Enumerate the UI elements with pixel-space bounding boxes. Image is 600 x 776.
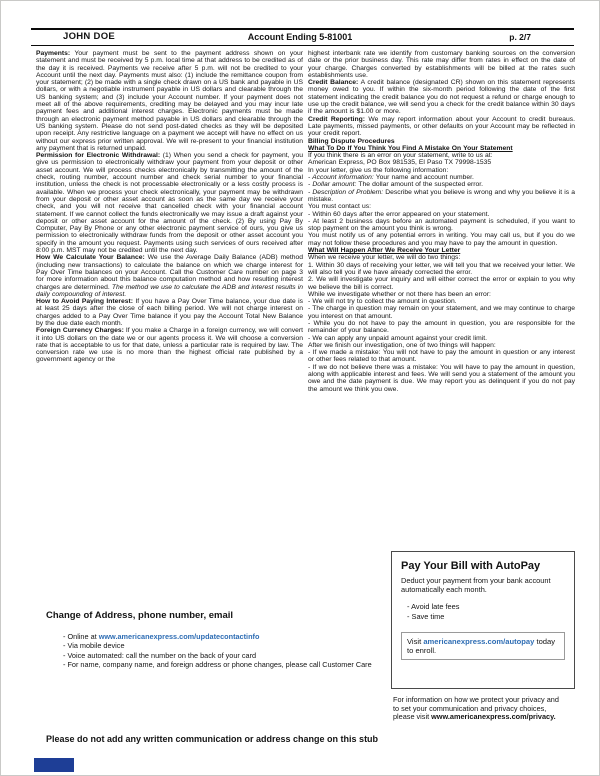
terms-paragraph: - We can apply any unpaid amount against… xyxy=(308,335,575,342)
paragraph-italic-note: The method we use to calculate the ADB a… xyxy=(36,284,303,298)
paragraph-heading: Permission for Electronic Withdrawal: xyxy=(36,152,160,159)
autopay-link[interactable]: americanexpress.com/autopay xyxy=(423,637,534,646)
terms-paragraph: American Express, PO Box 981535, El Paso… xyxy=(308,159,575,166)
autopay-box: Pay Your Bill with AutoPay Deduct your p… xyxy=(391,551,575,689)
terms-paragraph: What Will Happen After We Receive Your L… xyxy=(308,247,575,254)
terms-paragraph: - If we made a mistake: You will not hav… xyxy=(308,349,575,364)
blue-corner-mark xyxy=(34,758,74,772)
change-address-list: - Online at www.americanexpress.com/upda… xyxy=(63,632,393,670)
terms-paragraph: - While you do not have to pay the amoun… xyxy=(308,320,575,335)
terms-paragraph: 2. We will investigate your inquiry and … xyxy=(308,276,575,291)
paragraph-italic-lead: - Description of Problem: xyxy=(308,189,383,196)
paragraph-heading: How to Avoid Paying Interest: xyxy=(36,298,133,305)
terms-paragraph: While we investigate whether or not ther… xyxy=(308,291,575,298)
terms-paragraph: When we receive your letter, we will do … xyxy=(308,254,575,261)
page-number: p. 2/7 xyxy=(509,32,531,42)
paragraph-heading: Billing Dispute Procedures xyxy=(308,138,395,145)
terms-paragraph: - Within 60 days after the error appeare… xyxy=(308,211,575,218)
paragraph-heading: How We Calculate Your Balance: xyxy=(36,254,145,261)
terms-paragraph: How to Avoid Paying Interest: If you hav… xyxy=(36,298,303,327)
terms-paragraph: Permission for Electronic Withdrawal: (1… xyxy=(36,152,303,254)
change-address-item: - Voice automated: call the number on th… xyxy=(63,651,393,660)
terms-paragraph: After we finish our investigation, one o… xyxy=(308,342,575,349)
terms-paragraph: - Account information: Your name and acc… xyxy=(308,174,575,181)
paragraph-heading: Foreign Currency Charges: xyxy=(36,327,124,334)
terms-paragraph: You must contact us: xyxy=(308,203,575,210)
change-address-item: - Via mobile device xyxy=(63,641,393,650)
terms-paragraph: 1. Within 30 days of receiving your lett… xyxy=(308,262,575,277)
privacy-note: For information on how we protect your p… xyxy=(393,696,565,722)
terms-paragraph: In your letter, give us the following in… xyxy=(308,167,575,174)
autopay-enroll-note: Visit americanexpress.com/autopay today … xyxy=(401,632,565,660)
terms-paragraph: What To Do If You Think You Find A Mista… xyxy=(308,145,575,152)
privacy-link[interactable]: www.americanexpress.com/privacy. xyxy=(431,712,556,721)
autopay-benefits: - Avoid late fees- Save time xyxy=(407,602,565,622)
paragraph-heading: What Will Happen After We Receive Your L… xyxy=(308,247,460,254)
paragraph-heading: Payments: xyxy=(36,50,70,57)
terms-paragraph: If you think there is an error on your s… xyxy=(308,152,575,159)
terms-section: Payments: Your payment must be sent to t… xyxy=(36,50,575,393)
terms-paragraph: - If we do not believe there was a mista… xyxy=(308,364,575,393)
terms-paragraph: - Dollar amount: The dollar amount of th… xyxy=(308,181,575,188)
terms-paragraph: Payments: Your payment must be sent to t… xyxy=(36,50,303,152)
terms-paragraph: Billing Dispute Procedures xyxy=(308,138,575,145)
terms-paragraph: - Description of Problem: Describe what … xyxy=(308,189,575,204)
enroll-prefix: Visit xyxy=(407,637,423,646)
paragraph-heading: Credit Balance: xyxy=(308,79,358,86)
terms-paragraph: highest interbank rate we identify from … xyxy=(308,50,575,79)
header-bottom-rule xyxy=(31,45,574,46)
update-contact-link[interactable]: www.americanexpress.com/updatecontactinf… xyxy=(99,632,260,641)
paragraph-italic-lead: - Dollar amount: xyxy=(308,181,356,188)
terms-right-column: highest interbank rate we identify from … xyxy=(308,50,575,393)
paragraph-heading: Credit Reporting: xyxy=(308,116,365,123)
terms-paragraph: You must notify us of any potential erro… xyxy=(308,232,575,247)
terms-paragraph: - The charge in question may remain on y… xyxy=(308,305,575,320)
change-address-item: - For name, company name, and foreign ad… xyxy=(63,660,393,669)
paragraph-heading: What To Do If You Think You Find A Mista… xyxy=(308,145,513,152)
autopay-benefit: - Avoid late fees xyxy=(407,602,565,612)
header-top-rule xyxy=(31,28,574,30)
terms-paragraph: Credit Reporting: We may report informat… xyxy=(308,116,575,138)
terms-paragraph: Foreign Currency Charges: If you make a … xyxy=(36,327,303,363)
autopay-description: Deduct your payment from your bank accou… xyxy=(401,577,565,595)
terms-paragraph: - At least 2 business days before an aut… xyxy=(308,218,575,233)
terms-left-column: Payments: Your payment must be sent to t… xyxy=(36,50,303,393)
stub-warning: Please do not add any written communicat… xyxy=(46,734,378,744)
statement-page: JOHN DOE Account Ending 5-81001 p. 2/7 P… xyxy=(0,0,600,776)
terms-paragraph: Credit Balance: A credit balance (design… xyxy=(308,79,575,115)
autopay-title: Pay Your Bill with AutoPay xyxy=(401,560,565,572)
paragraph-italic-lead: - Account information: xyxy=(308,174,374,181)
terms-paragraph: How We Calculate Your Balance: We use th… xyxy=(36,254,303,298)
change-address-title: Change of Address, phone number, email xyxy=(46,610,233,621)
autopay-benefit: - Save time xyxy=(407,612,565,622)
terms-paragraph: - We will not try to collect the amount … xyxy=(308,298,575,305)
change-address-item: - Online at www.americanexpress.com/upda… xyxy=(63,632,393,641)
